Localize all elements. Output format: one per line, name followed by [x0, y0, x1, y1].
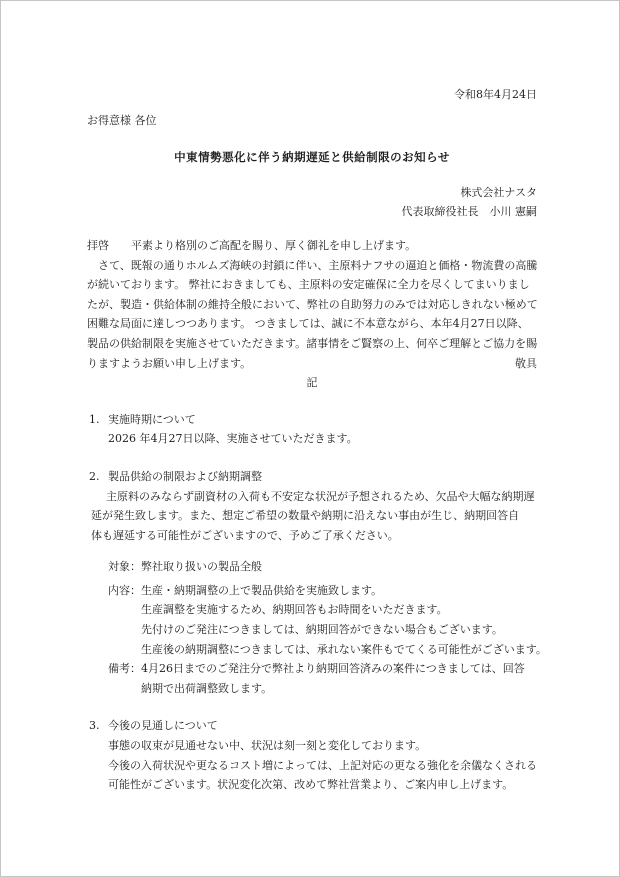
detail-row-remarks: 備考： 4月26日までのご発注分で弊社より納期回答済みの案件につきましては、回答…	[108, 659, 537, 698]
closing-word: 敬具	[515, 354, 537, 374]
item-heading: 製品供給の制限および納期調整	[108, 467, 262, 487]
closing-line: りますようお願い申し上げます。 敬具	[87, 354, 537, 374]
record-mark: 記	[87, 373, 537, 393]
list-item-supply-restriction: 2. 製品供給の制限および納期調整 主原料のみならず副資材の入荷も不安定な状況が…	[87, 467, 537, 699]
item-number: 2.	[89, 467, 108, 487]
item-details: 対象： 弊社取り扱いの製品全般 内容： 生産・納期調整の上で製品供給を実施致しま…	[108, 557, 537, 698]
item-heading: 今後の見通しについて	[108, 716, 218, 736]
list-item-outlook: 3. 今後の見通しについて 事態の収束が見通せない中、状況は刻一刻と変化しており…	[87, 716, 537, 794]
sender-block: 株式会社ナスタ 代表取締役社長 小川 憲嗣	[87, 183, 537, 222]
signer-name: 代表取締役社長 小川 憲嗣	[87, 202, 537, 222]
list-item-implementation-period: 1. 実施時期について 2026 年4月27日以降、実施させていただきます。	[87, 410, 537, 449]
item-head: 2. 製品供給の制限および納期調整	[89, 467, 537, 487]
detail-label: 備考：	[108, 659, 141, 679]
greeting-paragraph: 拝啓 平素より格別のご高配を賜り、厚く御礼を申し上げます。 さて、既報の通りホル…	[87, 236, 537, 354]
item-head: 3. 今後の見通しについて	[89, 716, 537, 736]
item-number: 1.	[89, 410, 108, 430]
item-body: 2026 年4月27日以降、実施させていただきます。	[108, 429, 537, 449]
document-title: 中東情勢悪化に伴う納期遅延と供給制限のお知らせ	[87, 148, 537, 168]
closing-sentence: りますようお願い申し上げます。	[87, 354, 251, 374]
document-page: 令和8年4月24日 お得意様 各位 中東情勢悪化に伴う納期遅延と供給制限のお知ら…	[1, 1, 619, 876]
detail-row-target: 対象： 弊社取り扱いの製品全般	[108, 557, 537, 577]
item-number: 3.	[89, 716, 108, 736]
notice-list: 1. 実施時期について 2026 年4月27日以降、実施させていただきます。 2…	[87, 410, 537, 795]
recipient-text: お得意様 各位	[87, 111, 537, 131]
date-text: 令和8年4月24日	[87, 85, 537, 105]
detail-label: 対象：	[108, 557, 141, 577]
item-body: 主原料のみならず副資材の入荷も不安定な状況が予想されるため、欠品や大幅な納期遅 …	[91, 487, 537, 546]
item-heading: 実施時期について	[108, 410, 196, 430]
document-viewport: { "doc": { "date": "令和8年4月24日", "recipie…	[0, 0, 620, 877]
detail-text: 弊社取り扱いの製品全般	[141, 557, 262, 577]
detail-text: 生産・納期調整の上で製品供給を実施致します。 生産調整を実施するため、納期回答も…	[141, 581, 547, 659]
item-body: 事態の収束が見通せない中、状況は刻一刻と変化しております。 今後の入荷状況や更な…	[108, 736, 537, 795]
detail-row-content: 内容： 生産・納期調整の上で製品供給を実施致します。 生産調整を実施するため、納…	[108, 581, 537, 659]
detail-label: 内容：	[108, 581, 141, 601]
company-name: 株式会社ナスタ	[87, 183, 537, 203]
item-head: 1. 実施時期について	[89, 410, 537, 430]
detail-text: 4月26日までのご発注分で弊社より納期回答済みの案件につきましては、回答 納期で…	[141, 659, 525, 698]
